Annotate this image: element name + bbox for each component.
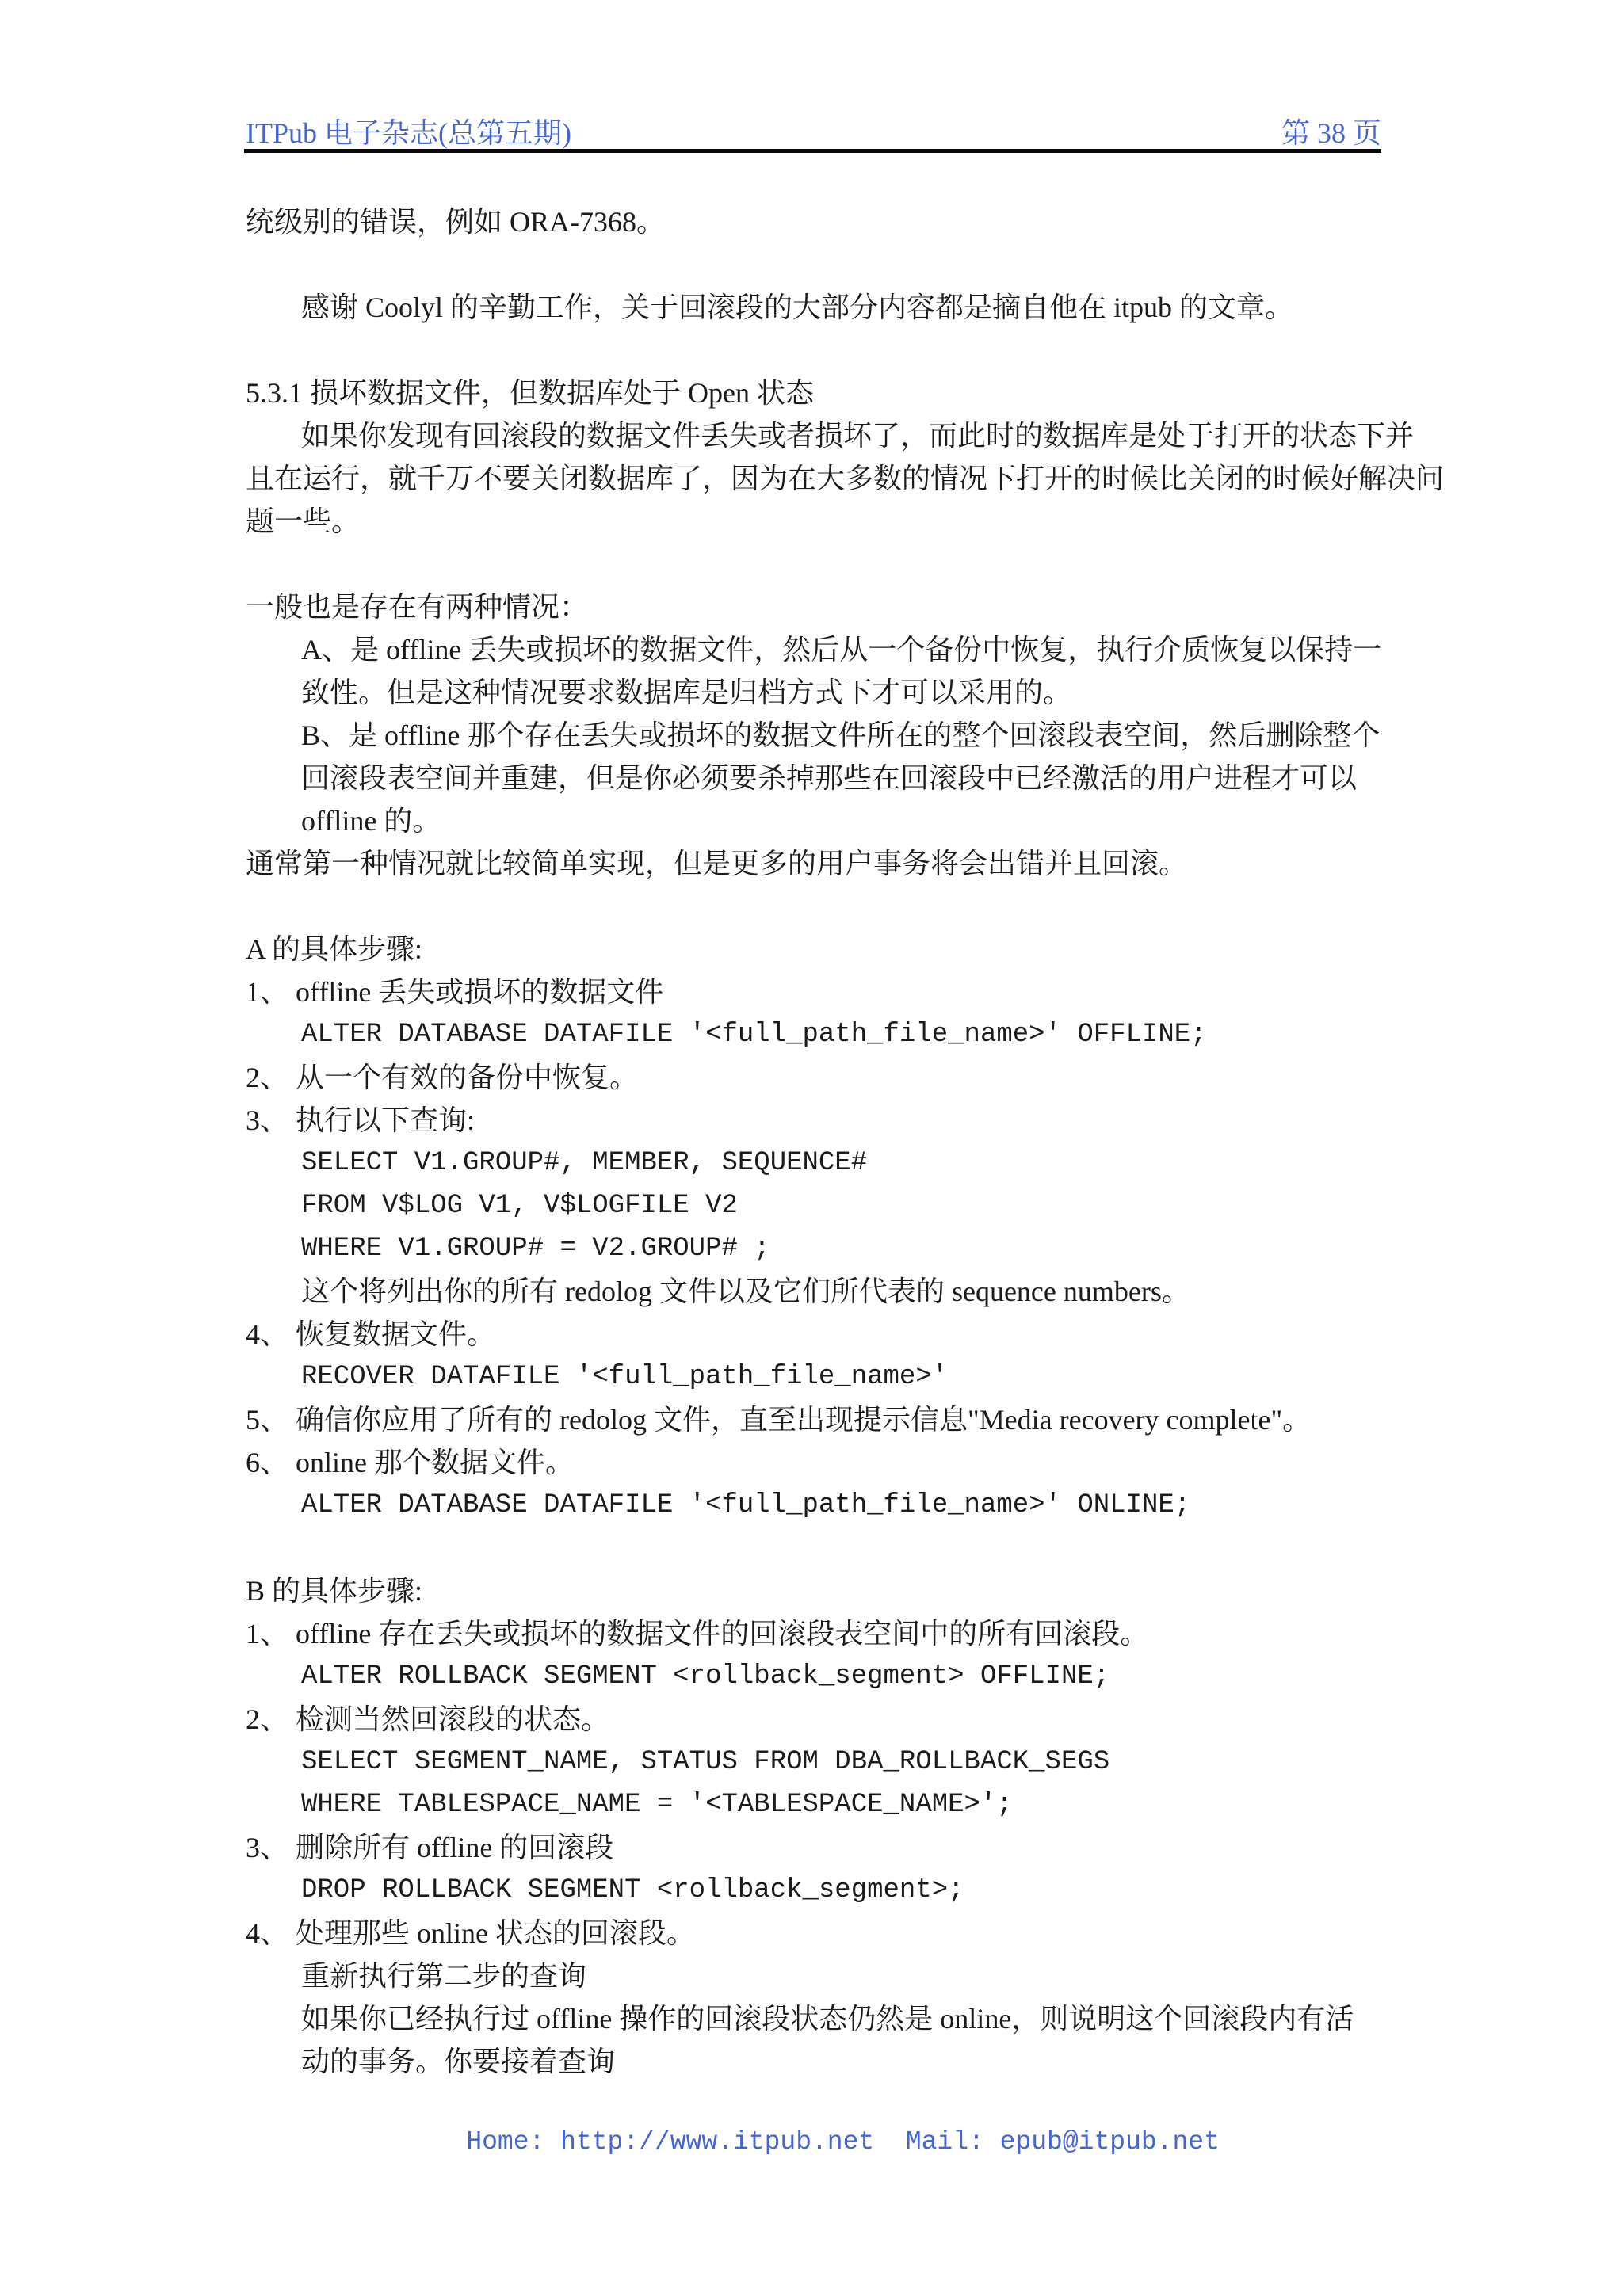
text-line: 如果你发现有回滚段的数据文件丢失或者损坏了，而此时的数据库是处于打开的状态下并 [246, 414, 1623, 457]
text-line [246, 329, 1623, 372]
text-line: 题一些。 [246, 500, 1623, 543]
text-line: offline 的。 [246, 799, 1623, 842]
code-line: WHERE V1.GROUP# = V2.GROUP# ; [246, 1227, 1623, 1270]
text-line: 这个将列出你的所有 redolog 文件以及它们所代表的 sequence nu… [246, 1270, 1623, 1313]
text-line: 重新执行第二步的查询 [246, 1955, 1623, 1997]
text-line: 回滚段表空间并重建，但是你必须要杀掉那些在回滚段中已经激活的用户进程才可以 [246, 757, 1623, 799]
code-line: DROP ROLLBACK SEGMENT <rollback_segment>… [246, 1869, 1623, 1912]
code-line: SELECT V1.GROUP#, MEMBER, SEQUENCE# [246, 1142, 1623, 1184]
code-line: ALTER ROLLBACK SEGMENT <rollback_segment… [246, 1655, 1623, 1698]
code-line: WHERE TABLESPACE_NAME = '<TABLESPACE_NAM… [246, 1783, 1623, 1826]
text-line: A 的具体步骤: [246, 928, 1623, 971]
text-line [246, 543, 1623, 585]
text-line: A、是 offline 丢失或损坏的数据文件，然后从一个备份中恢复，执行介质恢复… [246, 628, 1623, 671]
text-line: 通常第一种情况就比较简单实现，但是更多的用户事务将会出错并且回滚。 [246, 842, 1623, 885]
text-line: 感谢 Coolyl 的辛勤工作，关于回滚段的大部分内容都是摘自他在 itpub … [246, 286, 1623, 329]
code-line: RECOVER DATAFILE '<full_path_file_name>' [246, 1356, 1623, 1398]
text-line: B 的具体步骤: [246, 1569, 1623, 1612]
text-line: 统级别的错误，例如 ORA-7368。 [246, 200, 1623, 243]
text-line: 5、 确信你应用了所有的 redolog 文件，直至出现提示信息"Media r… [246, 1398, 1623, 1441]
document-page: ITPub 电子杂志(总第五期) 第 38 页 统级别的错误，例如 ORA-73… [0, 0, 1623, 2296]
footer-links: Home: http://www.itpub.net Mail: epub@it… [466, 2127, 1220, 2157]
header-rule [244, 149, 1381, 153]
text-line: 1、 offline 丢失或损坏的数据文件 [246, 971, 1623, 1013]
text-line: 2、 检测当然回滚段的状态。 [246, 1698, 1623, 1741]
text-line [246, 243, 1623, 286]
text-line: 1、 offline 存在丢失或损坏的数据文件的回滚段表空间中的所有回滚段。 [246, 1612, 1623, 1655]
text-line: 3、 执行以下查询: [246, 1099, 1623, 1142]
text-line: 4、 处理那些 online 状态的回滚段。 [246, 1912, 1623, 1955]
text-line: 5.3.1 损坏数据文件，但数据库处于 Open 状态 [246, 372, 1623, 414]
code-line: SELECT SEGMENT_NAME, STATUS FROM DBA_ROL… [246, 1741, 1623, 1783]
text-line: 4、 恢复数据文件。 [246, 1313, 1623, 1356]
page-footer: Home: http://www.itpub.net Mail: epub@it… [0, 2098, 1623, 2186]
text-line: 一般也是存在有两种情况： [246, 585, 1623, 628]
code-line: FROM V$LOG V1, V$LOGFILE V2 [246, 1184, 1623, 1227]
text-line: 3、 删除所有 offline 的回滚段 [246, 1826, 1623, 1869]
text-line [246, 885, 1623, 928]
text-line: 6、 online 那个数据文件。 [246, 1441, 1623, 1484]
text-line: 动的事务。你要接着查询 [246, 2040, 1623, 2083]
code-line: ALTER DATABASE DATAFILE '<full_path_file… [246, 1484, 1623, 1527]
header-journal-title: ITPub 电子杂志(总第五期) [246, 111, 571, 151]
text-line: 致性。但是这种情况要求数据库是归档方式下才可以采用的。 [246, 671, 1623, 714]
text-line: 如果你已经执行过 offline 操作的回滚段状态仍然是 online，则说明这… [246, 1997, 1623, 2040]
document-body: 统级别的错误，例如 ORA-7368。 感谢 Coolyl 的辛勤工作，关于回滚… [246, 200, 1623, 2083]
text-line [246, 1527, 1623, 1569]
text-line: 且在运行，就千万不要关闭数据库了，因为在大多数的情况下打开的时候比关闭的时候好解… [246, 457, 1623, 500]
text-line: 2、 从一个有效的备份中恢复。 [246, 1056, 1623, 1099]
page-header: ITPub 电子杂志(总第五期) 第 38 页 [246, 111, 1381, 151]
code-line: ALTER DATABASE DATAFILE '<full_path_file… [246, 1013, 1623, 1056]
text-line: B、是 offline 那个存在丢失或损坏的数据文件所在的整个回滚段表空间，然后… [246, 714, 1623, 757]
header-page-number: 第 38 页 [1281, 111, 1381, 151]
